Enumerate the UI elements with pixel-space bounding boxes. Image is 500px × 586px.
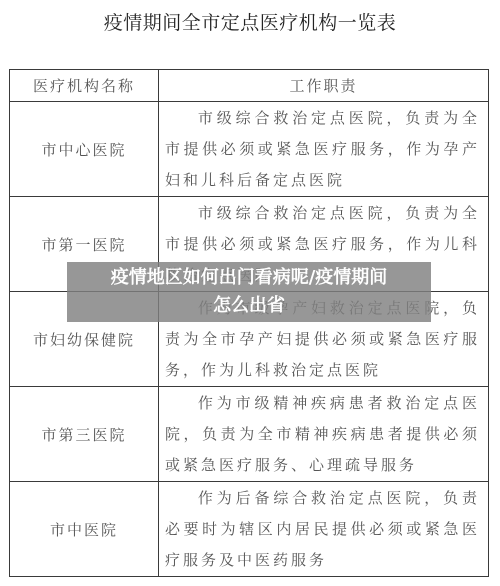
document-title: 疫情期间全市定点医疗机构一览表 <box>0 8 500 35</box>
header-duty: 工作职责 <box>159 70 489 102</box>
hospital-duty: 作为后备综合救治定点医院，负责必要时为辖区内居民提供必须或紧急医疗服务及中医药服… <box>159 482 489 577</box>
caption-line-2: 怎么出省 <box>67 292 431 320</box>
table-header-row: 医疗机构名称 工作职责 <box>10 70 489 102</box>
hospital-name: 市中医院 <box>10 482 159 577</box>
hospital-table: 医疗机构名称 工作职责 市中心医院 市级综合救治定点医院，负责为全市提供必须或紧… <box>9 69 489 577</box>
duty-text: 作为后备综合救治定点医院，负责必要时为辖区内居民提供必须或紧急医疗服务及中医药服… <box>165 489 480 569</box>
table-row: 市中医院 作为后备综合救治定点医院，负责必要时为辖区内居民提供必须或紧急医疗服务… <box>10 482 489 577</box>
duty-text: 市级综合救治定点医院，负责为全市提供必须或紧急医疗服务，作为孕产妇和儿科后备定点… <box>165 109 480 189</box>
table-row: 市第三医院 作为市级精神疾病患者救治定点医院，负责为全市精神疾病患者提供必须或紧… <box>10 387 489 482</box>
header-name: 医疗机构名称 <box>10 70 159 102</box>
hospital-duty: 作为市级精神疾病患者救治定点医院，负责为全市精神疾病患者提供必须或紧急医疗服务、… <box>159 387 489 482</box>
caption-overlay: 疫情地区如何出门看病呢/疫情期间 怎么出省 <box>67 262 431 322</box>
duty-text: 作为市级精神疾病患者救治定点医院，负责为全市精神疾病患者提供必须或紧急医疗服务、… <box>165 394 480 474</box>
caption-line-1: 疫情地区如何出门看病呢/疫情期间 <box>67 264 431 292</box>
hospital-name: 市中心医院 <box>10 102 159 197</box>
hospital-name: 市第三医院 <box>10 387 159 482</box>
table-row: 市中心医院 市级综合救治定点医院，负责为全市提供必须或紧急医疗服务，作为孕产妇和… <box>10 102 489 197</box>
hospital-duty: 市级综合救治定点医院，负责为全市提供必须或紧急医疗服务，作为孕产妇和儿科后备定点… <box>159 102 489 197</box>
